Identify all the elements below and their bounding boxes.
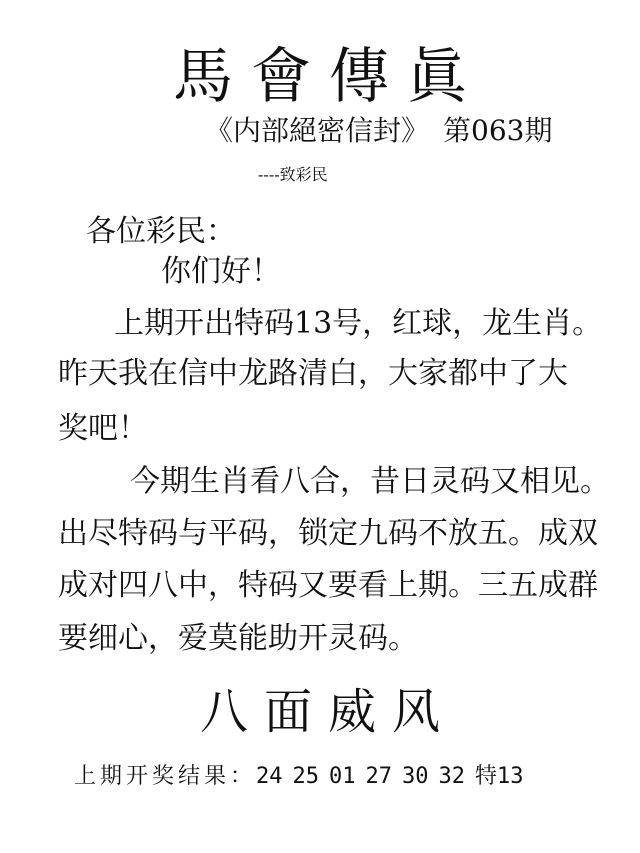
- letter-line: 奖吧！: [58, 405, 148, 453]
- letter-line: 成对四八中，特码又要看上期。三五成群: [58, 562, 598, 610]
- result-number: 32: [439, 764, 466, 789]
- result-number: 30: [402, 764, 429, 789]
- page-title: 馬會傳眞: [0, 42, 640, 112]
- letter-line: 出尽特码与平码，锁定九码不放五。成双: [58, 510, 598, 558]
- letter-line: 昨天我在信中龙路清白，大家都中了大: [58, 350, 568, 398]
- last-result: 上期开奖结果：242501273032特13: [74, 762, 524, 792]
- letter-line: 要细心，爱莫能助开灵码。: [58, 615, 418, 663]
- letter-line: 今期生肖看八合，昔日灵码又相见。: [130, 458, 610, 506]
- salutation: 你们好！: [161, 248, 281, 296]
- issue-number: 第063期: [443, 114, 552, 147]
- signature: ----致彩民: [258, 165, 328, 185]
- result-number: 24: [256, 764, 283, 789]
- subtitle-row: 《内部絕密信封》第063期: [205, 113, 552, 149]
- result-number: 01: [329, 764, 356, 789]
- result-number: 25: [293, 764, 320, 789]
- result-label: 上期开奖结果：: [74, 764, 256, 789]
- motto-heading: 八面威风: [0, 682, 640, 742]
- result-number: 27: [366, 764, 393, 789]
- letter-line: 上期开出特码13号，红球，龙生肖。: [114, 300, 602, 348]
- subtitle-text: 《内部絕密信封》: [205, 114, 429, 147]
- special-number: 特13: [475, 764, 524, 789]
